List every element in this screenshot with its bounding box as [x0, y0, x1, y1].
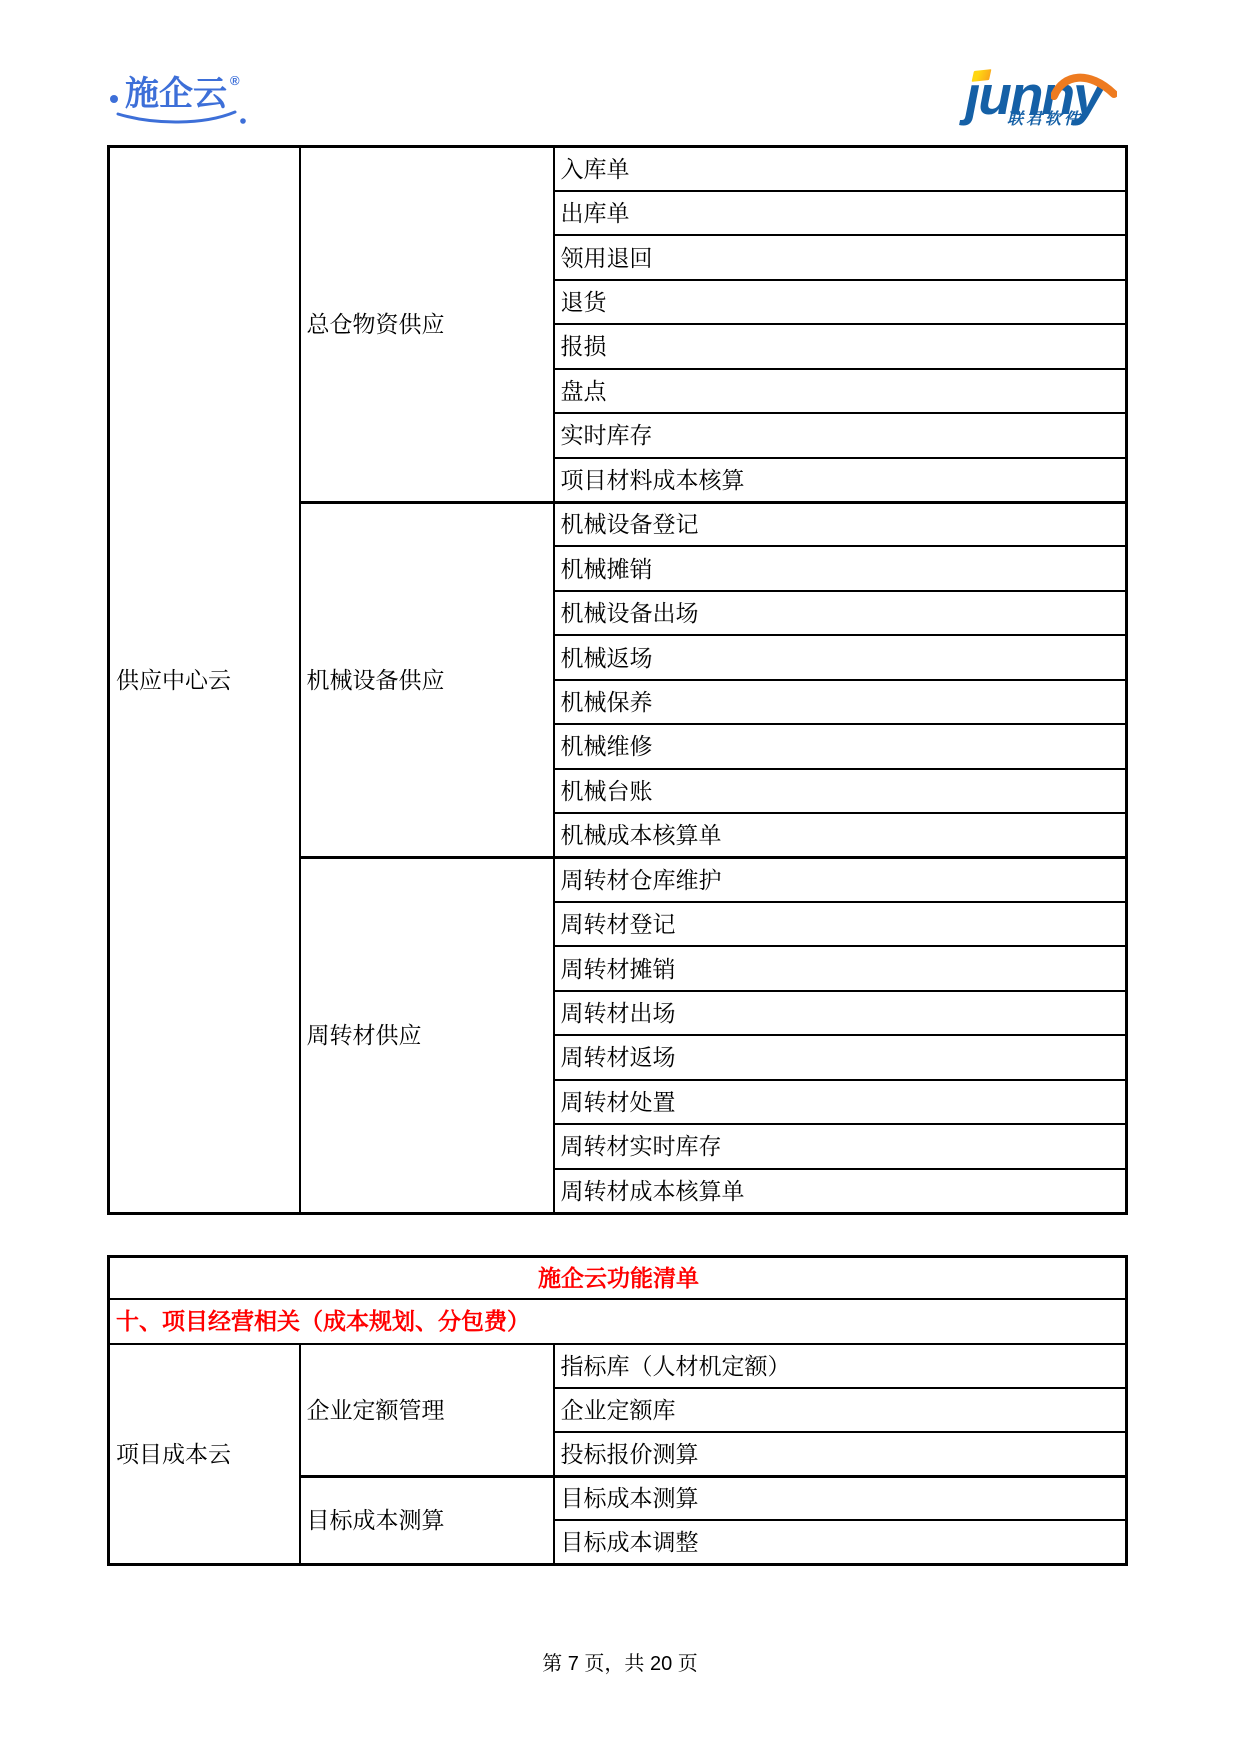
- module-cell: 项目成本云: [109, 1344, 300, 1565]
- page: { "brand": { "shiqiyun": { "name": "施企云"…: [0, 0, 1240, 1754]
- feature-cell: 机械设备登记: [554, 502, 1127, 546]
- table-row: 供应中心云 总仓物资供应 入库单: [109, 147, 1127, 191]
- feature-cell: 目标成本测算: [554, 1476, 1127, 1520]
- feature-cell: 周转材返场: [554, 1035, 1127, 1079]
- feature-cell: 盘点: [554, 369, 1127, 413]
- section-cell: 机械设备供应: [300, 502, 554, 858]
- feature-cell: 实时库存: [554, 413, 1127, 457]
- junny-logo: junny 联君软件: [963, 58, 1133, 132]
- feature-cell: 机械保养: [554, 680, 1127, 724]
- feature-cell: 指标库（人材机定额）: [554, 1344, 1127, 1388]
- feature-cell: 退货: [554, 280, 1127, 324]
- feature-cell: 周转材登记: [554, 902, 1127, 946]
- feature-cell: 出库单: [554, 191, 1127, 235]
- junny-swoosh-icon: [1051, 68, 1117, 100]
- page-number: 第 7 页，共 20 页: [0, 1647, 1240, 1676]
- supply-center-table: 供应中心云 总仓物资供应 入库单 出库单 领用退回 退货 报损 盘点 实时库存 …: [107, 145, 1128, 1215]
- shiqiyun-logo: 施企云 ®: [100, 68, 258, 130]
- feature-cell: 机械摊销: [554, 546, 1127, 590]
- feature-cell: 周转材成本核算单: [554, 1169, 1127, 1213]
- table-row: 施企云功能清单: [109, 1257, 1127, 1299]
- table-title-cell: 施企云功能清单: [109, 1257, 1127, 1299]
- table-row: 十、项目经营相关（成本规划、分包费）: [109, 1299, 1127, 1344]
- section-cell: 总仓物资供应: [300, 147, 554, 503]
- feature-cell: 机械返场: [554, 635, 1127, 679]
- feature-cell: 项目材料成本核算: [554, 458, 1127, 502]
- section-cell: 企业定额管理: [300, 1344, 554, 1477]
- section-cell: 目标成本测算: [300, 1476, 554, 1564]
- feature-cell: 周转材摊销: [554, 946, 1127, 990]
- junny-j-dot-icon: [972, 69, 992, 82]
- shiqiyun-swoosh-icon: [116, 110, 248, 128]
- section-cell: 周转材供应: [300, 858, 554, 1214]
- feature-cell: 机械维修: [554, 724, 1127, 768]
- feature-cell: 周转材实时库存: [554, 1124, 1127, 1168]
- module-cell: 供应中心云: [109, 147, 300, 1214]
- feature-cell: 报损: [554, 324, 1127, 368]
- feature-cell: 目标成本调整: [554, 1520, 1127, 1564]
- feature-cell: 周转材出场: [554, 991, 1127, 1035]
- table-section-header-cell: 十、项目经营相关（成本规划、分包费）: [109, 1299, 1127, 1344]
- feature-cell: 投标报价测算: [554, 1432, 1127, 1476]
- project-cost-table: 施企云功能清单 十、项目经营相关（成本规划、分包费） 项目成本云 企业定额管理 …: [107, 1255, 1128, 1566]
- feature-cell: 周转材处置: [554, 1080, 1127, 1124]
- registered-trademark-icon: ®: [230, 73, 240, 88]
- shiqiyun-logo-text: 施企云: [125, 77, 227, 111]
- feature-cell: 周转材仓库维护: [554, 858, 1127, 902]
- feature-cell: 机械设备出场: [554, 591, 1127, 635]
- feature-cell: 机械台账: [554, 769, 1127, 813]
- shiqiyun-logo-dot-icon: [110, 95, 118, 103]
- feature-cell: 机械成本核算单: [554, 813, 1127, 857]
- feature-cell: 领用退回: [554, 235, 1127, 279]
- junny-logo-subtext: 联君软件: [1007, 106, 1083, 129]
- feature-cell: 企业定额库: [554, 1388, 1127, 1432]
- table-row: 项目成本云 企业定额管理 指标库（人材机定额）: [109, 1344, 1127, 1388]
- feature-cell: 入库单: [554, 147, 1127, 191]
